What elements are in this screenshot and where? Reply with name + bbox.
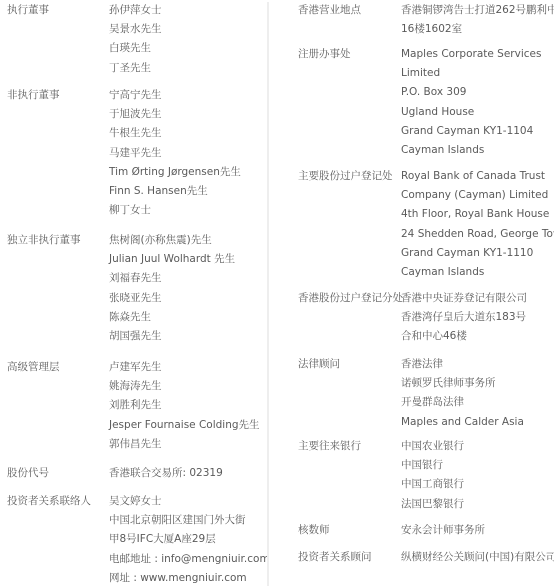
value-line: Cayman Islands [401,263,554,282]
value-line: 合和中心46楼 [401,327,527,346]
value-line: Tim Ørting Jørgensen先生 [109,163,241,182]
value-line: 郭伟昌先生 [109,435,260,454]
value-line: 诺顿罗氏律师事务所 [401,374,524,393]
value-line: 宁高宁先生 [109,86,241,105]
section-values: 中国农业银行 中国银行 中国工商银行 法国巴黎银行 [401,437,464,514]
value-line: 香港中央证券登记有限公司 [401,289,527,308]
section-values: 安永会计师事务所 [401,521,485,540]
value-line: 香港法律 [401,355,524,374]
section-label: 香港营业地点 [298,1,361,20]
value-line: 甲8号IFC大厦A座29层 [109,530,270,549]
value-line: 安永会计师事务所 [401,521,485,540]
section-label: 投资者关系顾问 [298,548,372,567]
column-divider [267,2,269,586]
value-line: 于旭波先生 [109,105,241,124]
value-line: Maples and Calder Asia [401,413,524,432]
section-label: 非执行董事 [7,86,60,105]
value-line: 中国银行 [401,456,464,475]
email-link[interactable]: 电邮地址 : info@mengniuir.com [109,550,270,569]
value-line: 刘胜利先生 [109,396,260,415]
value-line: Grand Cayman KY1-1110 [401,244,554,263]
value-line: 白瑛先生 [109,39,162,58]
section-values: 焦树阁(亦称焦震)先生 Julian Juul Wolhardt 先生 刘福春先… [109,231,235,346]
value-line: 姚海涛先生 [109,377,260,396]
section-values: 宁高宁先生 于旭波先生 牛根生先生 马建平先生 Tim Ørting Jørge… [109,86,241,220]
value-line: Company (Cayman) Limited [401,186,554,205]
value-line: 香港铜锣湾告士打道262号鹏利中心 [401,1,554,20]
value-line: 中国工商银行 [401,475,464,494]
section-values: 吴文婷女士 中国北京朝阳区建国门外大街 甲8号IFC大厦A座29层 电邮地址 :… [109,492,270,586]
value-line: 纵横财经公关顾问(中国)有限公司 [401,548,554,567]
value-line: 马建平先生 [109,144,241,163]
section-label: 主要往来银行 [298,437,361,456]
section-values: 孙伊萍女士 吴景水先生 白瑛先生 丁圣先生 [109,1,162,78]
value-line: 法国巴黎银行 [401,495,464,514]
value-line: 香港联合交易所: 02319 [109,464,223,483]
section-values: Royal Bank of Canada Trust Company (Caym… [401,167,554,282]
section-label: 香港股份过户登记分处 [298,289,403,308]
value-line: P.O. Box 309 [401,83,541,102]
value-line: Finn S. Hansen先生 [109,182,241,201]
value-line: Julian Juul Wolhardt 先生 [109,250,235,269]
value-line: 中国北京朝阳区建国门外大街 [109,511,270,530]
value-line: 柳丁女士 [109,201,241,220]
value-line: Ugland House [401,103,541,122]
website-link[interactable]: 网址 : www.mengniuir.com [109,569,270,586]
value-line: 焦树阁(亦称焦震)先生 [109,231,235,250]
section-label: 执行董事 [7,1,49,20]
value-line: 吴文婷女士 [109,492,270,511]
value-line: Maples Corporate Services [401,45,541,64]
value-line: Royal Bank of Canada Trust [401,167,554,186]
section-label: 股份代号 [7,464,49,483]
section-label: 独立非执行董事 [7,231,81,250]
value-line: 吴景水先生 [109,20,162,39]
value-line: 陈焱先生 [109,308,235,327]
value-line: 开曼群岛法律 [401,393,524,412]
section-values: Maples Corporate Services Limited P.O. B… [401,45,541,160]
value-line: 丁圣先生 [109,59,162,78]
value-line: 胡国强先生 [109,327,235,346]
value-line: Jesper Fournaise Colding先生 [109,416,260,435]
section-values: 香港铜锣湾告士打道262号鹏利中心 16楼1602室 [401,1,554,39]
value-line: 16楼1602室 [401,20,554,39]
value-line: 卢建军先生 [109,358,260,377]
section-values: 香港中央证券登记有限公司 香港湾仔皇后大道东183号 合和中心46楼 [401,289,527,347]
value-line: Cayman Islands [401,141,541,160]
value-line: Limited [401,64,541,83]
section-values: 香港法律 诺顿罗氏律师事务所 开曼群岛法律 Maples and Calder … [401,355,524,432]
value-line: Grand Cayman KY1-1104 [401,122,541,141]
value-line: 牛根生先生 [109,124,241,143]
value-line: 刘福春先生 [109,269,235,288]
section-values: 卢建军先生 姚海涛先生 刘胜利先生 Jesper Fournaise Coldi… [109,358,260,454]
section-values: 纵横财经公关顾问(中国)有限公司 [401,548,554,567]
section-label: 注册办事处 [298,45,351,64]
value-line: 张晓亚先生 [109,289,235,308]
section-label: 高级管理层 [7,358,60,377]
section-values: 香港联合交易所: 02319 [109,464,223,483]
section-label: 核数师 [298,521,330,540]
section-label: 法律顾问 [298,355,340,374]
value-line: 24 Shedden Road, George Town [401,225,554,244]
value-line: 中国农业银行 [401,437,464,456]
value-line: 4th Floor, Royal Bank House [401,205,554,224]
section-label: 主要股份过户登记处 [298,167,393,186]
section-label: 投资者关系联络人 [7,492,91,511]
value-line: 孙伊萍女士 [109,1,162,20]
value-line: 香港湾仔皇后大道东183号 [401,308,527,327]
